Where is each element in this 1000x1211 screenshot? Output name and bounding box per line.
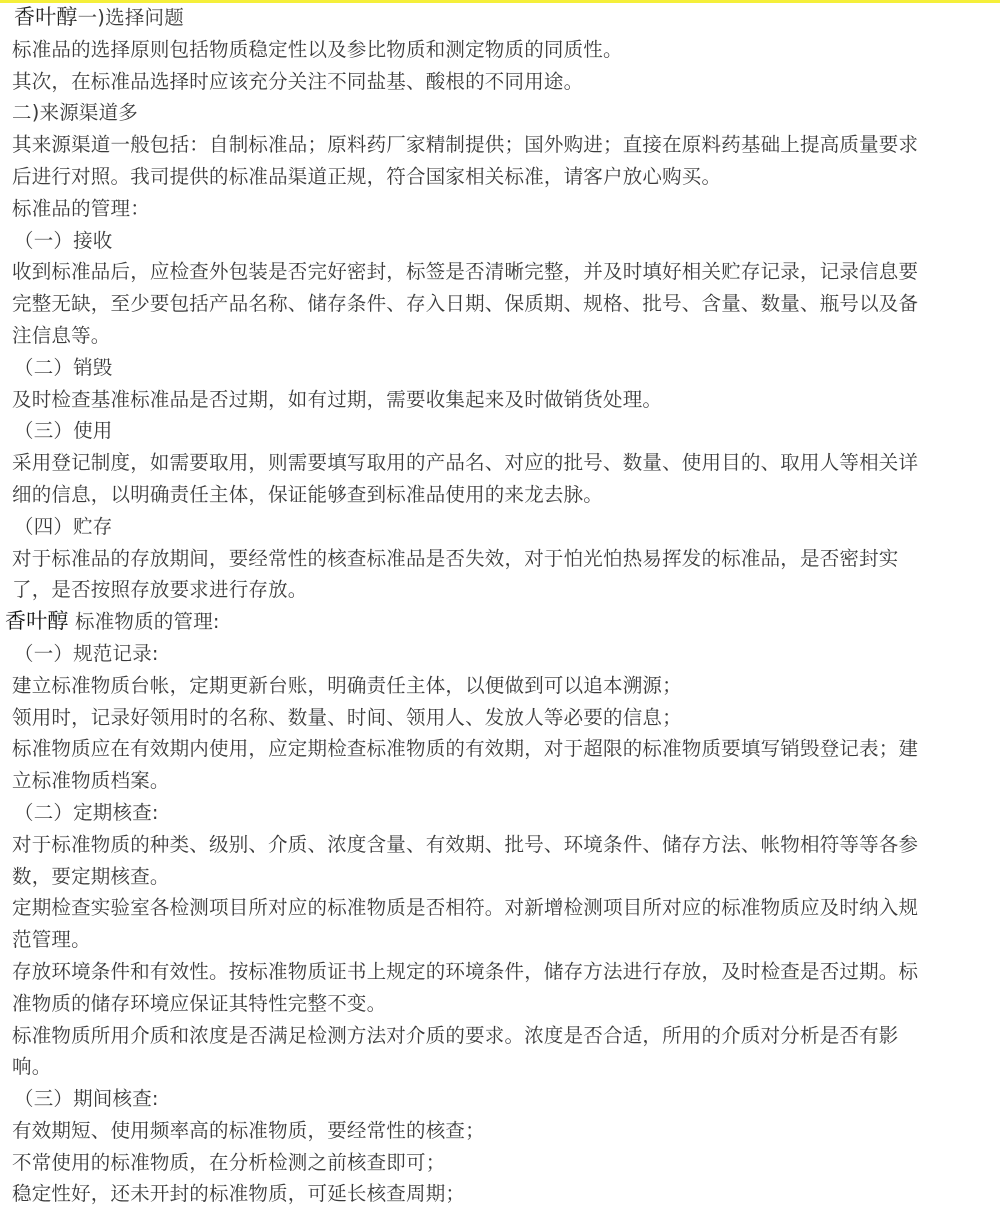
paragraph-line: 后进行对照。我司提供的标准品渠道正规，符合国家相关标准，请客户放心购买。: [0, 161, 1000, 193]
subheading-records: （一）规范记录:: [0, 638, 1000, 670]
paragraph-line: 立标准物质档案。: [0, 765, 1000, 797]
paragraph-line: 建立标准物质台帐，定期更新台账，明确责任主体，以便做到可以追本溯源；: [0, 670, 1000, 702]
paragraph-line: 完整无缺，至少要包括产品名称、储存条件、存入日期、保质期、规格、批号、含量、数量…: [0, 288, 1000, 320]
paragraph-line: 领用时，记录好领用时的名称、数量、时间、领用人、发放人等必要的信息；: [0, 702, 1000, 734]
keyword-link[interactable]: 香叶醇: [14, 5, 78, 29]
section-1-title: 一)选择问题: [78, 6, 184, 29]
paragraph-line: 其来源渠道一般包括：自制标准品；原料药厂家精制提供；国外购进；直接在原料药基础上…: [0, 129, 1000, 161]
keyword-link[interactable]: 香叶醇: [5, 609, 69, 633]
subheading-periodic: （二）定期核查:: [0, 797, 1000, 829]
paragraph-line: 标准物质所用介质和浓度是否满足检测方法对介质的要求。浓度是否合适，所用的介质对分…: [0, 1020, 1000, 1052]
paragraph-line: 细的信息，以明确责任主体，保证能够查到标准品使用的来龙去脉。: [0, 479, 1000, 511]
paragraph-line: 稳定性好，还未开封的标准物质，可延长核查周期；: [0, 1178, 1000, 1210]
article-body: 香叶醇一)选择问题 标准品的选择原则包括物质稳定性以及参比物质和测定物质的同质性…: [0, 2, 1000, 1210]
subheading-interim: （三）期间核查:: [0, 1083, 1000, 1115]
subheading-destroy: （二）销毁: [0, 352, 1000, 384]
paragraph-line: 有效期短、使用频率高的标准物质，要经常性的核查；: [0, 1115, 1000, 1147]
substance-management-heading: 香叶醇 标准物质的管理:: [0, 606, 1000, 638]
paragraph-line: 其次，在标准品选择时应该充分关注不同盐基、酸根的不同用途。: [0, 66, 1000, 98]
paragraph-line: 标准品的选择原则包括物质稳定性以及参比物质和测定物质的同质性。: [0, 34, 1000, 66]
paragraph-line: 及时检查基准标准品是否过期，如有过期，需要收集起来及时做销货处理。: [0, 384, 1000, 416]
paragraph-line: 准物质的储存环境应保证其特性完整不变。: [0, 988, 1000, 1020]
paragraph-line: 存放环境条件和有效性。按标准物质证书上规定的环境条件，储存方法进行存放，及时检查…: [0, 956, 1000, 988]
paragraph-line: 不常使用的标准物质，在分析检测之前核查即可；: [0, 1147, 1000, 1179]
paragraph-line: 收到标准品后，应检查外包装是否完好密封，标签是否清晰完整，并及时填好相关贮存记录…: [0, 256, 1000, 288]
management-heading: 标准品的管理：: [0, 193, 1000, 225]
subheading-use: （三）使用: [0, 415, 1000, 447]
paragraph-line: 采用登记制度，如需要取用，则需要填写取用的产品名、对应的批号、数量、使用目的、取…: [0, 447, 1000, 479]
paragraph-line: 注信息等。: [0, 320, 1000, 352]
section-2-heading: 二)来源渠道多: [0, 97, 1000, 129]
paragraph-line: 了，是否按照存放要求进行存放。: [0, 574, 1000, 606]
section-1-heading: 香叶醇一)选择问题: [0, 2, 1000, 34]
paragraph-line: 标准物质应在有效期内使用，应定期检查标准物质的有效期，对于超限的标准物质要填写销…: [0, 733, 1000, 765]
paragraph-line: 对于标准品的存放期间，要经常性的核查标准品是否失效，对于怕光怕热易挥发的标准品，…: [0, 543, 1000, 575]
paragraph-line: 定期检查实验室各检测项目所对应的标准物质是否相符。对新增检测项目所对应的标准物质…: [0, 892, 1000, 924]
subheading-receive: （一）接收: [0, 225, 1000, 257]
paragraph-line: 数，要定期核查。: [0, 861, 1000, 893]
paragraph-line: 对于标准物质的种类、级别、介质、浓度含量、有效期、批号、环境条件、储存方法、帐物…: [0, 829, 1000, 861]
paragraph-line: 范管理。: [0, 924, 1000, 956]
substance-management-title: 标准物质的管理:: [69, 610, 220, 633]
subheading-storage: （四）贮存: [0, 511, 1000, 543]
paragraph-line: 响。: [0, 1051, 1000, 1083]
